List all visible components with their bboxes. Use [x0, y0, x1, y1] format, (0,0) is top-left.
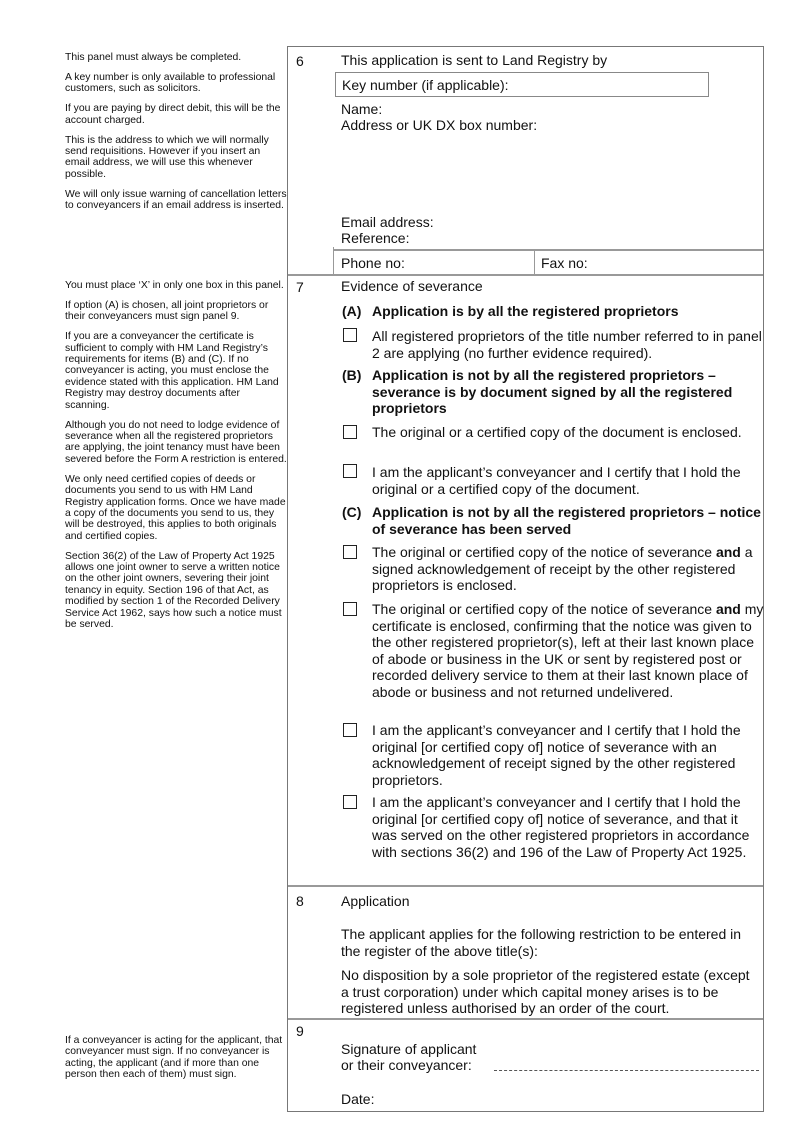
option-a-letter: (A) — [342, 303, 361, 319]
guidance-note: If a conveyancer is acting for the appli… — [65, 1035, 287, 1081]
panel7-guidance: You must place ‘X’ in only one box in th… — [65, 280, 287, 639]
checkbox-a1[interactable] — [343, 328, 357, 342]
guidance-note: This panel must always be completed. — [65, 52, 287, 63]
guidance-note: A key number is only available to profes… — [65, 72, 287, 95]
key-number-field[interactable]: Key number (if applicable): — [335, 72, 709, 97]
signature-label-line2: or their conveyancer: — [341, 1057, 472, 1074]
guidance-note: This is the address to which we will nor… — [65, 135, 287, 181]
checkbox-c2-text-bold: and — [716, 601, 741, 617]
signature-label-line1: Signature of applicant — [341, 1041, 476, 1058]
panel7-title: Evidence of severance — [341, 278, 483, 295]
phone-field[interactable]: Phone no: — [341, 255, 405, 272]
panel6-number: 6 — [296, 53, 304, 69]
fax-field[interactable]: Fax no: — [541, 255, 588, 272]
checkbox-a1-label: All registered proprietors of the title … — [372, 328, 764, 361]
phone-fax-divider — [534, 249, 535, 275]
checkbox-c4[interactable] — [343, 795, 357, 809]
divider — [288, 1018, 763, 1020]
checkbox-c1-label: The original or certified copy of the no… — [372, 544, 764, 594]
checkbox-c2-text-pre: The original or certified copy of the no… — [372, 601, 716, 617]
reference-field[interactable]: Reference: — [341, 230, 409, 247]
checkbox-b1[interactable] — [343, 425, 357, 439]
checkbox-c1-text-bold: and — [716, 544, 741, 560]
option-a-title: Application is by all the registered pro… — [372, 303, 762, 320]
checkbox-c1-text-pre: The original or certified copy of the no… — [372, 544, 716, 560]
guidance-note: If option (A) is chosen, all joint propr… — [65, 300, 287, 323]
option-b-letter: (B) — [342, 367, 361, 383]
guidance-note: We will only issue warning of cancellati… — [65, 189, 287, 212]
option-c-letter: (C) — [342, 504, 361, 520]
key-number-label: Key number (if applicable): — [342, 77, 509, 94]
signature-line[interactable] — [494, 1070, 759, 1071]
checkbox-c2[interactable] — [343, 602, 357, 616]
checkbox-b2[interactable] — [343, 464, 357, 478]
panel8-restriction: No disposition by a sole proprietor of t… — [341, 967, 761, 1017]
number-column-divider — [333, 247, 334, 275]
email-field[interactable]: Email address: — [341, 214, 434, 231]
divider — [288, 885, 763, 887]
guidance-note: If you are a conveyancer the certificate… — [65, 331, 287, 411]
panel8-title: Application — [341, 893, 410, 910]
checkbox-c3[interactable] — [343, 723, 357, 737]
divider — [333, 249, 763, 251]
guidance-note: You must place ‘X’ in only one box in th… — [65, 280, 287, 291]
address-field[interactable]: Address or UK DX box number: — [341, 117, 537, 134]
panel9-guidance: If a conveyancer is acting for the appli… — [65, 1035, 287, 1089]
divider — [288, 274, 763, 276]
date-field[interactable]: Date: — [341, 1091, 374, 1108]
guidance-note: Although you do not need to lodge eviden… — [65, 420, 287, 466]
checkbox-c2-label: The original or certified copy of the no… — [372, 601, 764, 700]
panel6-title: This application is sent to Land Registr… — [341, 52, 607, 69]
option-b-title: Application is not by all the registered… — [372, 367, 762, 417]
checkbox-b2-label: I am the applicant’s conveyancer and I c… — [372, 464, 764, 497]
application-form: 6 This application is sent to Land Regis… — [287, 46, 764, 1112]
panel8-intro: The applicant applies for the following … — [341, 926, 759, 959]
name-field[interactable]: Name: — [341, 101, 382, 118]
panel6-guidance: This panel must always be completed. A k… — [65, 52, 287, 220]
guidance-note: Section 36(2) of the Law of Property Act… — [65, 551, 287, 631]
guidance-note: We only need certified copies of deeds o… — [65, 474, 287, 542]
checkbox-c4-label: I am the applicant’s conveyancer and I c… — [372, 794, 764, 860]
panel7-number: 7 — [296, 279, 304, 295]
checkbox-b1-label: The original or a certified copy of the … — [372, 424, 764, 441]
checkbox-c1[interactable] — [343, 545, 357, 559]
panel8-number: 8 — [296, 893, 304, 909]
option-c-title: Application is not by all the registered… — [372, 504, 762, 537]
guidance-note: If you are paying by direct debit, this … — [65, 103, 287, 126]
panel9-number: 9 — [296, 1023, 304, 1039]
checkbox-c3-label: I am the applicant’s conveyancer and I c… — [372, 722, 764, 788]
